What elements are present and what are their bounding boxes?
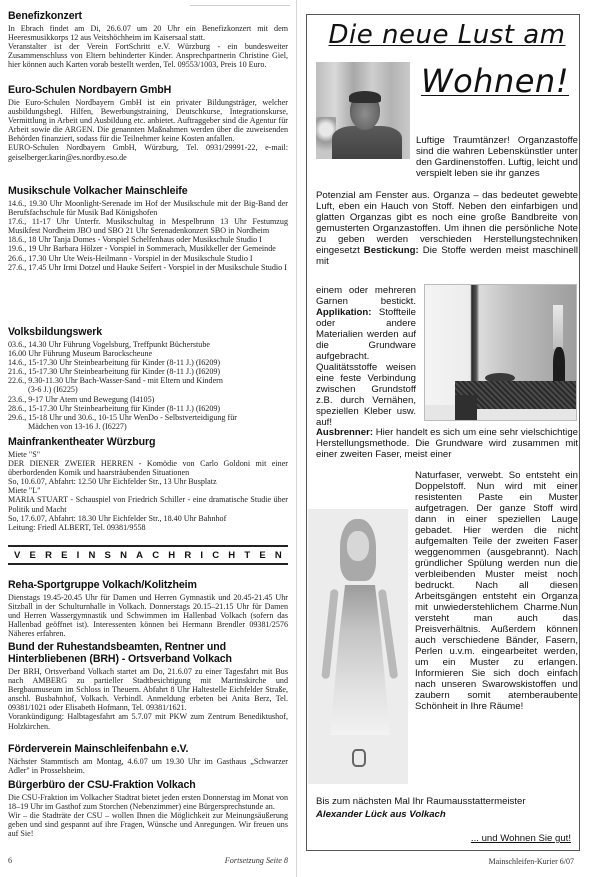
- paragraph: 19.6., 19 Uhr Barbara Hölzer - Vorspiel …: [8, 244, 288, 253]
- closing-text: ... und Wohnen Sie gut!: [471, 833, 571, 844]
- paragraph: Nächster Stammtisch am Montag, 4.6.07 um…: [8, 757, 288, 775]
- publication-footer: Mainschleifen-Kurier 6/07: [488, 857, 574, 866]
- section-heading: Bürgerbüro der CSU-Fraktion Volkach: [8, 779, 288, 791]
- paragraph: EURO-Schulen Nordbayern GmbH, Würzburg, …: [8, 143, 288, 161]
- banner-letter: S: [105, 550, 111, 561]
- banner-letter: I: [77, 550, 80, 561]
- ad-signature: Alexander Lück aus Volkach: [316, 809, 578, 820]
- paragraph: 21.6., 15-17.30 Uhr Steinbearbeitung für…: [8, 367, 288, 376]
- paragraph: Dienstags 19.45-20.45 Uhr für Damen und …: [8, 593, 288, 638]
- banner-letter: R: [184, 550, 191, 561]
- paragraph: 17.6., 11-17 Uhr Unterfr. Musikschultag …: [8, 217, 288, 235]
- paragraph: Leitung: Friedl ALBERT, Tel. 09381/9558: [8, 523, 288, 532]
- paragraph: 18.6., 18 Uhr Tanja Domes - Vorspiel Sch…: [8, 235, 288, 244]
- section-foerderverein: Förderverein Mainschleifenbahn e.V. Näch…: [8, 743, 288, 775]
- section-buergerbuero: Bürgerbüro der CSU-Fraktion Volkach Die …: [8, 779, 288, 838]
- section-heading: Euro-Schulen Nordbayern GmbH: [8, 84, 288, 96]
- ad-intro-text: Luftige Traumtänzer! Organzastoffe sind …: [416, 135, 578, 179]
- paragraph: DER DIENER ZWEIER HERREN - Komödie von C…: [8, 459, 288, 477]
- banner-letter: R: [45, 550, 52, 561]
- banner-letter: C: [152, 550, 159, 561]
- section-reha-sportgruppe: Reha-Sportgruppe Volkach/Kolitzheim Dien…: [8, 579, 288, 638]
- banner-letter: E: [259, 550, 265, 561]
- paragraph: 26.6., 17.30 Uhr Ute Weis-Heilmann - Vor…: [8, 254, 288, 263]
- paragraph: Mädchen von 13-16 J. (I6227): [8, 422, 288, 431]
- face-shape: [347, 531, 369, 561]
- paragraph: Wir – die Stadträte der CSU – wollen Ihn…: [8, 811, 288, 838]
- man-portrait-photo: [316, 62, 410, 159]
- paragraph: 23.6., 9-17 Uhr Atem und Bewegung (I4105…: [8, 395, 288, 404]
- section-mainfrankentheater: Mainfrankentheater Würzburg Miete "S" DE…: [8, 436, 288, 532]
- banner-letter: I: [200, 550, 203, 561]
- arm-shape: [321, 589, 338, 679]
- banner-letter: A: [136, 550, 143, 561]
- reeds-shape: [553, 305, 563, 349]
- banner-letter: N: [120, 550, 127, 561]
- paragraph: 22.6., 9.30-11.30 Uhr Bach-Wasser-Sand -…: [8, 376, 288, 385]
- hair-shape: [349, 91, 381, 103]
- paragraph: 03.6., 14.30 Uhr Führung Vogelsburg, Tre…: [8, 340, 288, 349]
- paragraph: In Ebrach findet am Di, 26.6.07 um 20 Uh…: [8, 24, 288, 42]
- narrow-text: Stoffteile oder andere Materialien werde…: [316, 307, 416, 428]
- banner-letter: N: [275, 550, 282, 561]
- section-heading: Volksbildungswerk: [8, 326, 288, 338]
- ad-signoff: Bis zum nächsten Mal Ihr Raumausstatterm…: [316, 796, 578, 807]
- ad-side-text: Naturfaser, verwebt. So entsteht ein Dop…: [415, 470, 578, 712]
- paragraph: Veranstalter ist der Verein FortSchritt …: [8, 42, 288, 69]
- paragraph: Die Euro-Schulen Nordbayern GmbH ist ein…: [8, 98, 288, 143]
- ad-narrow-text: einem oder mehreren Garnen bestickt. App…: [316, 285, 416, 428]
- banner-letter: H: [168, 550, 175, 561]
- section-heading: Bund der Ruhestandsbeamten, Rentner und …: [8, 641, 288, 665]
- paragraph: So, 17.6.07, Abfahrt: 18.30 Uhr Eichfeld…: [8, 514, 288, 523]
- ad-closing: ... und Wohnen Sie gut!: [471, 833, 571, 844]
- paragraph: MARIA STUART - Schauspiel von Friedrich …: [8, 495, 288, 513]
- left-footer: 6 Fortsetzung Seite 8: [8, 856, 288, 865]
- section-heading: Mainfrankentheater Würzburg: [8, 436, 288, 448]
- paragraph: Miete "L": [8, 486, 288, 495]
- ad-title-line2: Wohnen!: [415, 61, 575, 101]
- ad-title-line1: Die neue Lust am: [327, 20, 567, 50]
- advertisement-box: Die neue Lust am Wohnen! Luftige Traumtä…: [306, 14, 580, 851]
- section-benefizkonzert: Benefizkonzert In Ebrach findet am Di, 2…: [8, 10, 288, 69]
- paragraph: Miete "S": [8, 450, 288, 459]
- shoe-shape: [352, 749, 366, 767]
- paragraph: So, 10.6.07, Abfahrt: 12.50 Uhr Eichfeld…: [8, 477, 288, 486]
- section-heading: Musikschule Volkacher Mainschleife: [8, 185, 288, 197]
- banner-letter: E: [30, 550, 36, 561]
- section-euro-schulen: Euro-Schulen Nordbayern GmbH Die Euro-Sc…: [8, 84, 288, 162]
- torso-shape: [332, 126, 402, 159]
- banner-letter: E: [61, 550, 67, 561]
- paragraph: 28.6., 15-17.30 Uhr Steinbearbeitung für…: [8, 404, 288, 413]
- ausbrenner-text: Ausbrenner: Hier handelt es sich um eine…: [316, 427, 578, 460]
- table-leg-shape: [455, 395, 477, 421]
- continuation-note: Fortsetzung Seite 8: [225, 856, 288, 865]
- ausbrenner-label: Ausbrenner:: [316, 427, 373, 438]
- column-divider: [296, 0, 297, 877]
- paragraph: 14.6., 19.30 Uhr Moonlight-Serenade im H…: [8, 199, 288, 217]
- banner-letter: H: [228, 550, 235, 561]
- section-musikschule: Musikschule Volkacher Mainschleife 14.6.…: [8, 185, 288, 272]
- paragraph: Die CSU-Fraktion im Volkacher Stadtrat b…: [8, 793, 288, 811]
- paragraph: (3-6 J.) (I6225): [8, 385, 288, 394]
- vereinsnachrichten-banner: V E R E I N S N A C H R I C H T E N: [8, 545, 288, 565]
- paragraph: 14.6., 15-17.30 Uhr Steinbearbeitung für…: [8, 358, 288, 367]
- paragraph: 29.6., 15-18 Uhr und 30.6., 10-15 Uhr We…: [8, 413, 288, 422]
- paragraph: 27.6., 17.45 Uhr Irmi Dotzel und Hauke S…: [8, 263, 288, 272]
- bestickung-label: Bestickung:: [364, 245, 419, 256]
- paragraph: Vorankündigung: Halbtagesfahrt am 5.7.07…: [8, 712, 288, 730]
- banner-letter: N: [88, 550, 95, 561]
- section-heading: Reha-Sportgruppe Volkach/Kolitzheim: [8, 579, 288, 591]
- room-interior-photo: [424, 284, 577, 421]
- section-heading: Förderverein Mainschleifenbahn e.V.: [8, 743, 288, 755]
- section-volksbildungswerk: Volksbildungswerk 03.6., 14.30 Uhr Führu…: [8, 326, 288, 431]
- paragraph: 16.00 Uhr Führung Museum Barockscheune: [8, 349, 288, 358]
- narrow-text: einem oder mehreren Garnen bestickt.: [316, 285, 416, 307]
- section-brh: Bund der Ruhestandsbeamten, Rentner und …: [8, 641, 288, 731]
- page-number: 6: [8, 856, 12, 865]
- ad-body-text: Potenzial am Fenster aus. Organza – das …: [316, 190, 578, 267]
- left-column: Benefizkonzert In Ebrach findet am Di, 2…: [8, 0, 288, 877]
- banner-letter: C: [212, 550, 219, 561]
- woman-in-dress-photo: [308, 509, 408, 784]
- banner-letter: T: [244, 550, 250, 561]
- section-heading: Benefizkonzert: [8, 10, 288, 22]
- applikation-label: Applikation:: [316, 307, 371, 318]
- paragraph: Der BRH, Ortsverband Volkach startet am …: [8, 667, 288, 712]
- banner-letter: V: [14, 550, 20, 561]
